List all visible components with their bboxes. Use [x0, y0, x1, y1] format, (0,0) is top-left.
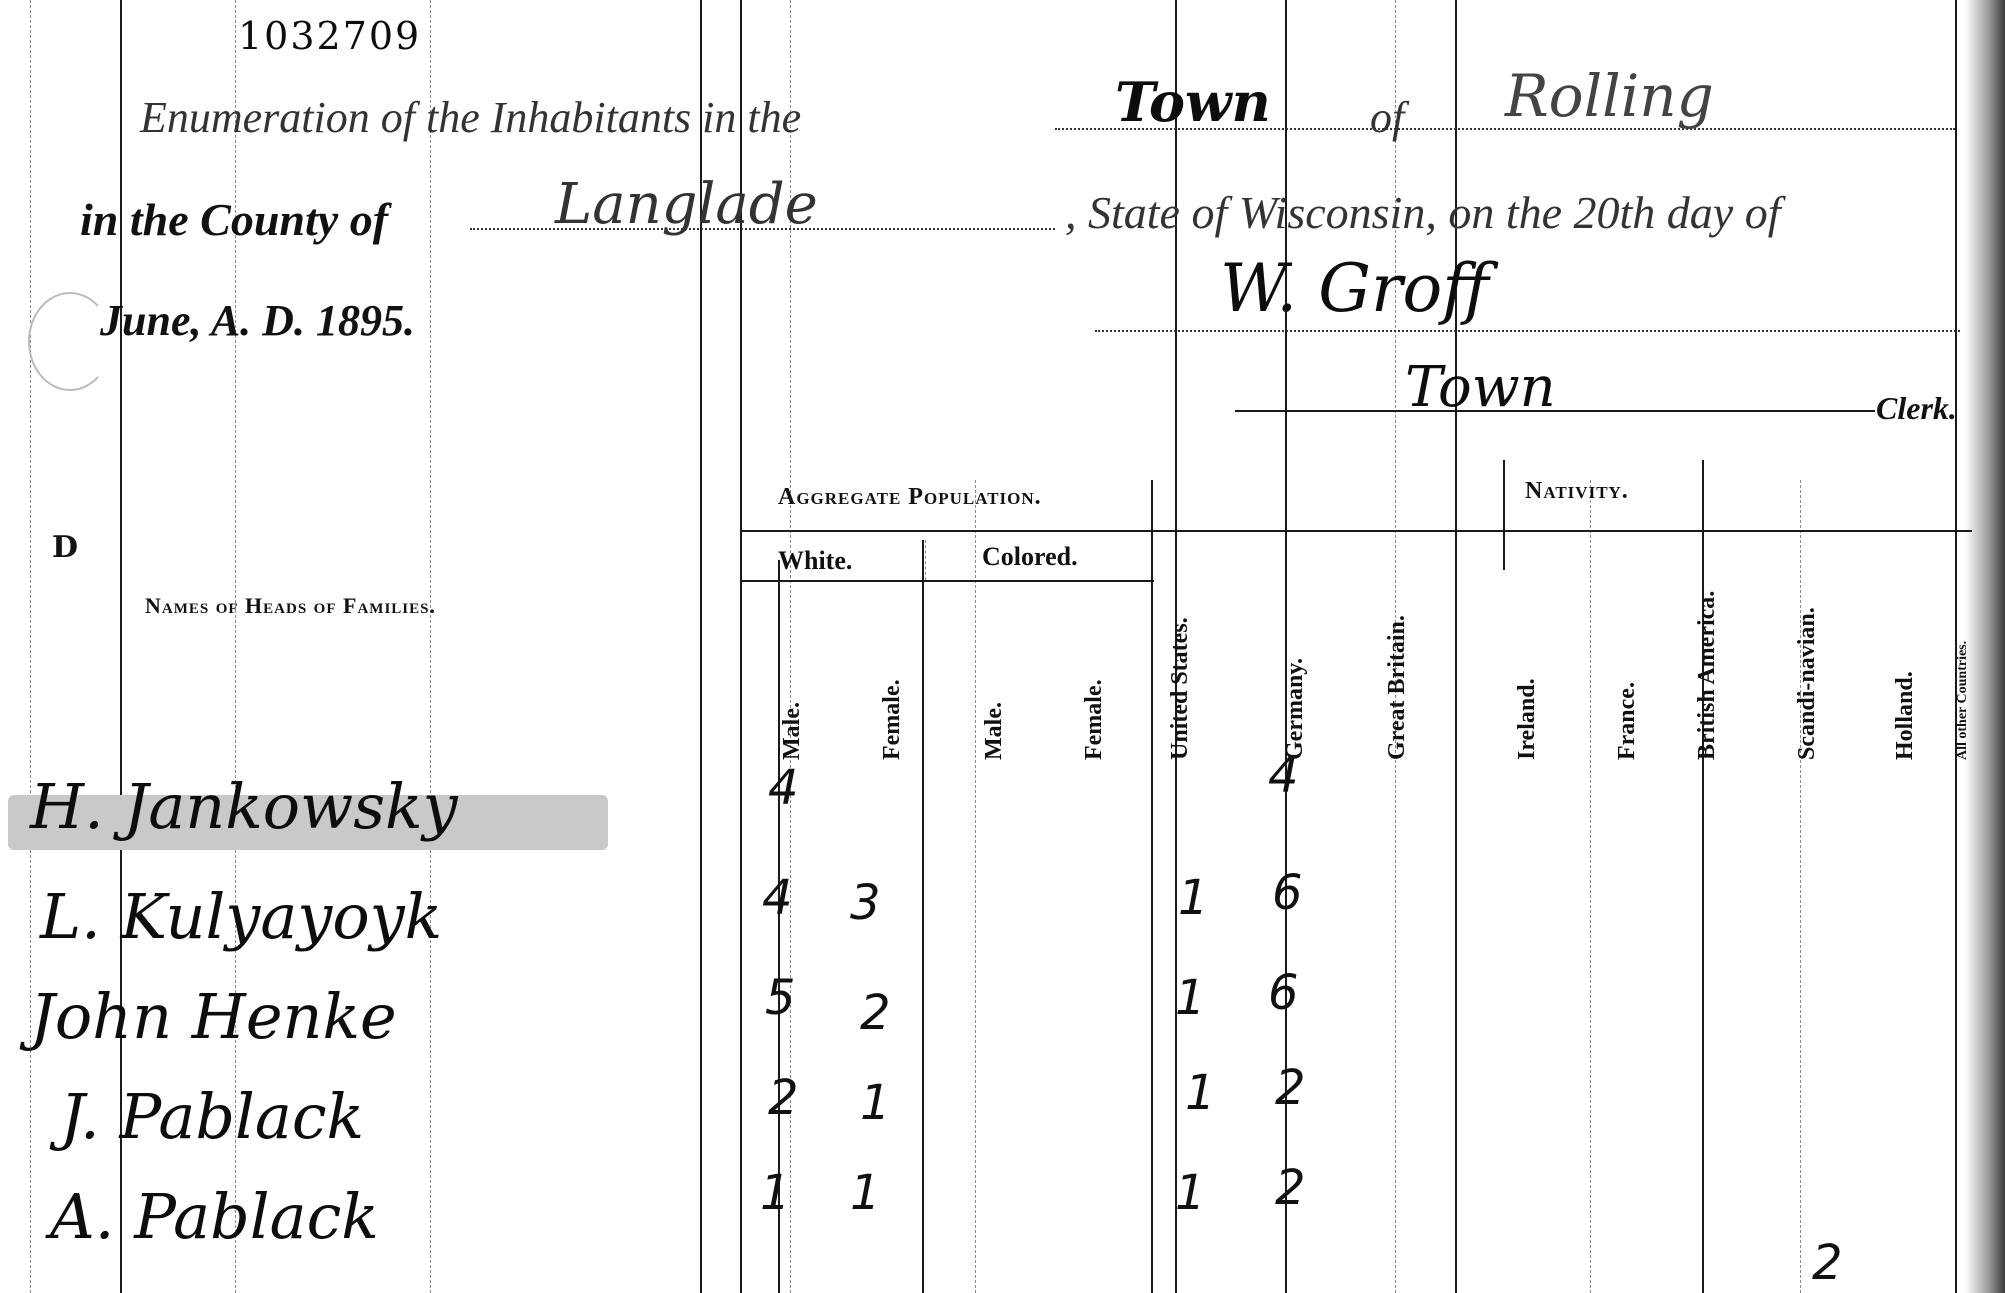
col-header-all-other: All other Countries. — [1955, 555, 1995, 760]
cell-white-female: 1 — [850, 1165, 881, 1221]
cell-germany: 6 — [1268, 965, 1299, 1021]
cell-white-male: 5 — [765, 970, 796, 1026]
cell-white-male: 4 — [762, 870, 793, 926]
nativity-header: Nativity. — [1525, 478, 1629, 505]
col-header-british-america: British America. — [1695, 545, 1745, 760]
ruling-white-female — [922, 540, 924, 1293]
cell-united-states: 1 — [1175, 1165, 1206, 1221]
col-header-ireland: Ireland. — [1515, 580, 1539, 760]
title-line-3-date: June, A. D. 1895. — [100, 295, 415, 346]
clerk-signature: W. Groff — [1220, 250, 1489, 327]
handwritten-town-type: Town — [1115, 70, 1271, 134]
dotted-line — [1095, 330, 1960, 332]
table-row-name: A. Pablack — [50, 1180, 379, 1253]
col-header-white-male: Male. — [780, 610, 804, 760]
handwritten-county: Langlade — [555, 172, 818, 237]
title-line-1-printed: Enumeration of the Inhabitants in the — [140, 92, 801, 143]
handwritten-town-name: Rolling — [1505, 62, 1714, 130]
col-header-colored-male: Male. — [982, 610, 1006, 760]
ruling-colored-female — [1151, 480, 1153, 1293]
cell-white-male: 1 — [760, 1165, 791, 1221]
col-header-united-states: United States. — [1168, 570, 1218, 760]
cell-united-states: 1 — [1185, 1065, 1216, 1121]
clerk-of-town: Town — [1405, 355, 1556, 420]
cell-germany: 2 — [1275, 1160, 1306, 1216]
hole-punch-mark — [28, 292, 112, 391]
table-row-name: J. Pablack — [60, 1080, 364, 1153]
title-line-2-state: , State of Wisconsin, on the 20th day of — [1065, 186, 1781, 239]
margin-mark: D — [52, 530, 78, 565]
title-of: of — [1370, 92, 1404, 143]
col-header-germany: Germany. — [1283, 555, 1307, 760]
col-header-great-britain: Great Britain. — [1385, 555, 1435, 760]
col-header-holland: Holland. — [1893, 575, 1917, 760]
clerk-label: Clerk. — [1876, 390, 1957, 427]
ruling-faint — [975, 480, 977, 1293]
colored-header: Colored. — [982, 542, 1078, 572]
ruling-faint — [1590, 480, 1592, 1293]
table-row-name: H. Jankowsky — [30, 770, 458, 843]
table-row-name: L. Kulyayoyk — [40, 880, 442, 953]
col-header-france: France. — [1615, 580, 1639, 760]
col-header-white-female: Female. — [880, 585, 904, 760]
cell-united-states: 1 — [1175, 970, 1206, 1026]
cell-white-female: 3 — [850, 875, 881, 931]
col-header-colored-female: Female. — [1082, 585, 1106, 760]
col-header-scandinavian: Scandi-navian. — [1795, 560, 1845, 760]
cell-germany: 4 — [1268, 748, 1299, 804]
white-header: White. — [778, 546, 852, 576]
cell-united-states: 1 — [1178, 870, 1209, 926]
cell-white-male: 2 — [768, 1070, 799, 1126]
ruling-faint — [30, 0, 32, 1293]
cell-germany: 2 — [1275, 1060, 1306, 1116]
cell-scandinavian: 2 — [1812, 1235, 1843, 1291]
ruling-faint — [925, 540, 927, 580]
ruling-faint — [430, 0, 432, 1293]
cell-white-female: 1 — [860, 1075, 891, 1131]
cell-white-male: 4 — [768, 760, 799, 816]
header-rule-white-colored — [742, 580, 1154, 582]
title-line-2-printed: in the County of — [80, 193, 388, 246]
names-of-heads-header: Names of Heads of Families. — [145, 593, 436, 619]
ruling-ireland — [1503, 460, 1505, 570]
table-row-name: John Henke — [30, 980, 397, 1053]
reference-number: 1032709 — [238, 14, 421, 58]
cell-germany: 6 — [1272, 865, 1303, 921]
cell-white-female: 2 — [860, 985, 891, 1041]
aggregate-population-header: Aggregate Population. — [778, 484, 1042, 511]
header-rule-top — [742, 530, 1972, 532]
